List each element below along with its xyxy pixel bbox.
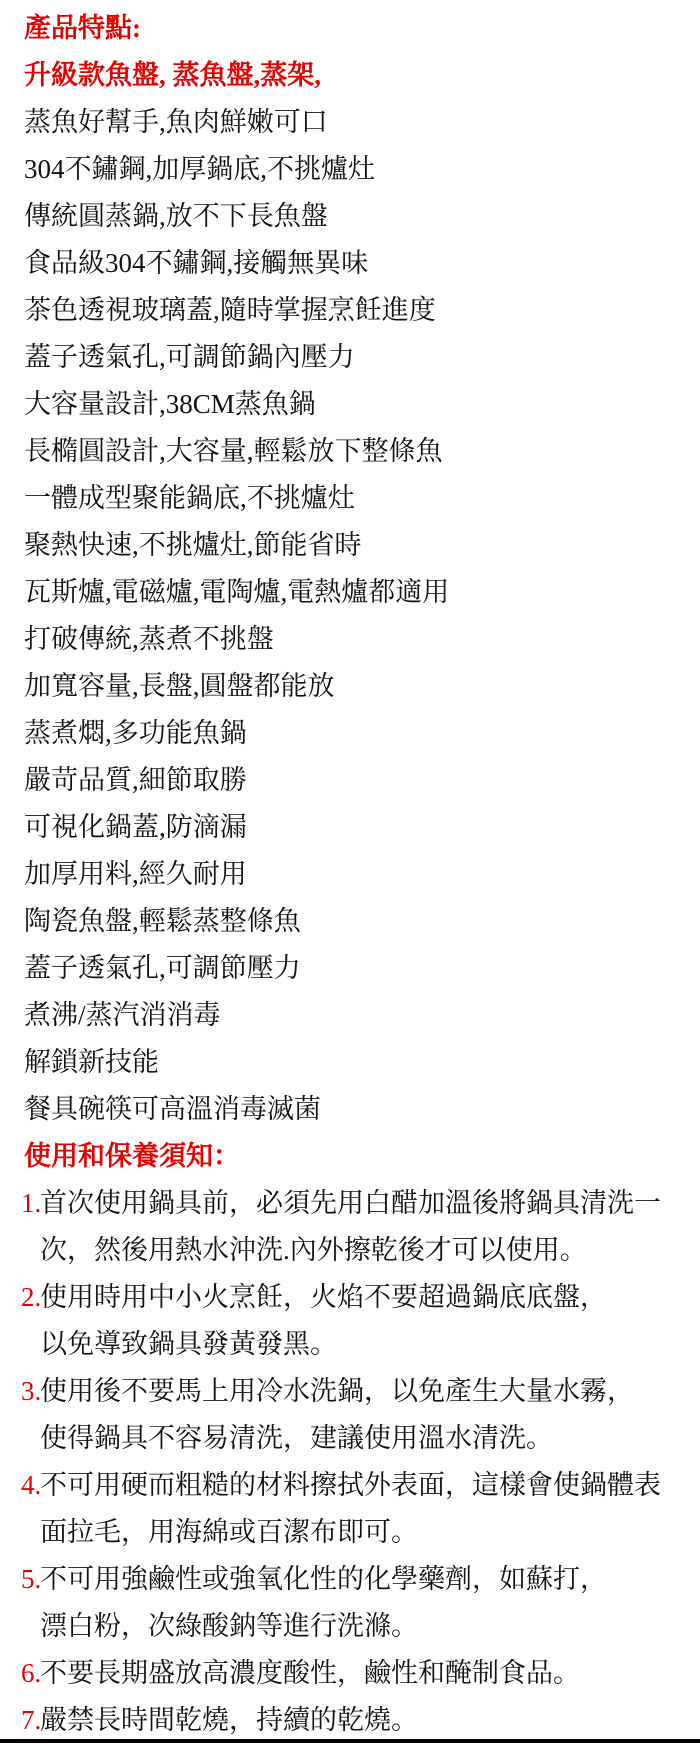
feature-line: 打破傳統,蒸煮不挑盤 xyxy=(24,616,700,663)
care-note-line: 漂白粉，次綠酸鈉等進行洗滌。 xyxy=(40,1603,700,1650)
feature-list: 蒸魚好幫手,魚肉鮮嫩可口304不鏽鋼,加厚鍋底,不挑爐灶傳統圓蒸鍋,放不下長魚盤… xyxy=(0,99,700,1133)
care-note-item: 7.嚴禁長時間乾燒，持續的乾燒。 xyxy=(0,1697,700,1744)
feature-line: 茶色透視玻璃蓋,隨時掌握烹飪進度 xyxy=(24,287,700,334)
product-detail-page: { "document": { "features_heading": "產品特… xyxy=(0,0,700,1750)
care-note-line: 使用時用中小火烹飪，火焰不要超過鍋底底盤， xyxy=(40,1274,700,1321)
care-note-item: 6.不要長期盛放高濃度酸性，鹼性和醃制食品。 xyxy=(0,1650,700,1697)
care-note-line: 使用後不要馬上用冷水洗鍋，以免產生大量水霧， xyxy=(40,1368,700,1415)
feature-line: 長橢圓設計,大容量,輕鬆放下整條魚 xyxy=(24,428,700,475)
feature-line: 餐具碗筷可高溫消毒滅菌 xyxy=(24,1086,700,1133)
care-note-line: 不要長期盛放高濃度酸性，鹼性和醃制食品。 xyxy=(40,1650,700,1697)
feature-line: 可視化鍋蓋,防滴漏 xyxy=(24,804,700,851)
care-note-line: 不可用強鹼性或強氧化性的化學藥劑，如蘇打， xyxy=(40,1556,700,1603)
feature-line: 蒸煮燜,多功能魚鍋 xyxy=(24,710,700,757)
features-subheading: 升級款魚盤, 蒸魚盤,蒸架, xyxy=(24,52,700,99)
bottom-divider xyxy=(0,1739,700,1743)
features-heading: 產品特點: xyxy=(24,5,700,52)
feature-line: 加厚用料,經久耐用 xyxy=(24,851,700,898)
feature-line: 蒸魚好幫手,魚肉鮮嫩可口 xyxy=(24,99,700,146)
care-notes-list: 1.首次使用鍋具前，必須先用白醋加溫後將鍋具清洗一次，然後用熱水沖洗.內外擦乾後… xyxy=(0,1180,700,1744)
product-description-document: 產品特點: 升級款魚盤, 蒸魚盤,蒸架, 蒸魚好幫手,魚肉鮮嫩可口304不鏽鋼,… xyxy=(0,5,700,1744)
feature-line: 加寬容量,長盤,圓盤都能放 xyxy=(24,663,700,710)
feature-line: 304不鏽鋼,加厚鍋底,不挑爐灶 xyxy=(24,146,700,193)
care-note-number: 3. xyxy=(21,1368,41,1415)
feature-line: 瓦斯爐,電磁爐,電陶爐,電熱爐都適用 xyxy=(24,569,700,616)
care-note-number: 1. xyxy=(21,1180,41,1227)
feature-line: 蓋子透氣孔,可調節壓力 xyxy=(24,945,700,992)
care-note-item: 5.不可用強鹼性或強氧化性的化學藥劑，如蘇打，漂白粉，次綠酸鈉等進行洗滌。 xyxy=(0,1556,700,1650)
care-note-line: 次，然後用熱水沖洗.內外擦乾後才可以使用。 xyxy=(40,1227,700,1274)
care-note-item: 2.使用時用中小火烹飪，火焰不要超過鍋底底盤，以免導致鍋具發黃發黑。 xyxy=(0,1274,700,1368)
feature-line: 傳統圓蒸鍋,放不下長魚盤 xyxy=(24,193,700,240)
care-note-item: 1.首次使用鍋具前，必須先用白醋加溫後將鍋具清洗一次，然後用熱水沖洗.內外擦乾後… xyxy=(0,1180,700,1274)
care-note-line: 面拉毛，用海綿或百潔布即可。 xyxy=(40,1509,700,1556)
care-note-number: 2. xyxy=(21,1274,41,1321)
feature-line: 食品級304不鏽鋼,接觸無異味 xyxy=(24,240,700,287)
feature-line: 陶瓷魚盤,輕鬆蒸整條魚 xyxy=(24,898,700,945)
feature-line: 一體成型聚能鍋底,不挑爐灶 xyxy=(24,475,700,522)
care-note-line: 嚴禁長時間乾燒，持續的乾燒。 xyxy=(40,1697,700,1744)
care-note-number: 6. xyxy=(21,1650,41,1697)
care-note-number: 4. xyxy=(21,1462,41,1509)
feature-line: 煮沸/蒸汽消消毒 xyxy=(24,992,700,1039)
care-note-line: 不可用硬而粗糙的材料擦拭外表面，這樣會使鍋體表 xyxy=(40,1462,700,1509)
feature-line: 嚴苛品質,細節取勝 xyxy=(24,757,700,804)
care-note-number: 7. xyxy=(21,1697,41,1744)
care-heading: 使用和保養須知： xyxy=(24,1133,700,1180)
feature-line: 大容量設計,38CM蒸魚鍋 xyxy=(24,381,700,428)
feature-line: 解鎖新技能 xyxy=(24,1039,700,1086)
care-note-line: 使得鍋具不容易清洗，建議使用溫水清洗。 xyxy=(40,1415,700,1462)
care-note-item: 4.不可用硬而粗糙的材料擦拭外表面，這樣會使鍋體表面拉毛，用海綿或百潔布即可。 xyxy=(0,1462,700,1556)
care-note-item: 3.使用後不要馬上用冷水洗鍋，以免產生大量水霧，使得鍋具不容易清洗，建議使用溫水… xyxy=(0,1368,700,1462)
care-note-line: 首次使用鍋具前，必須先用白醋加溫後將鍋具清洗一 xyxy=(40,1180,700,1227)
feature-line: 聚熱快速,不挑爐灶,節能省時 xyxy=(24,522,700,569)
feature-line: 蓋子透氣孔,可調節鍋內壓力 xyxy=(24,334,700,381)
care-note-line: 以免導致鍋具發黃發黑。 xyxy=(40,1321,700,1368)
care-note-number: 5. xyxy=(21,1556,41,1603)
